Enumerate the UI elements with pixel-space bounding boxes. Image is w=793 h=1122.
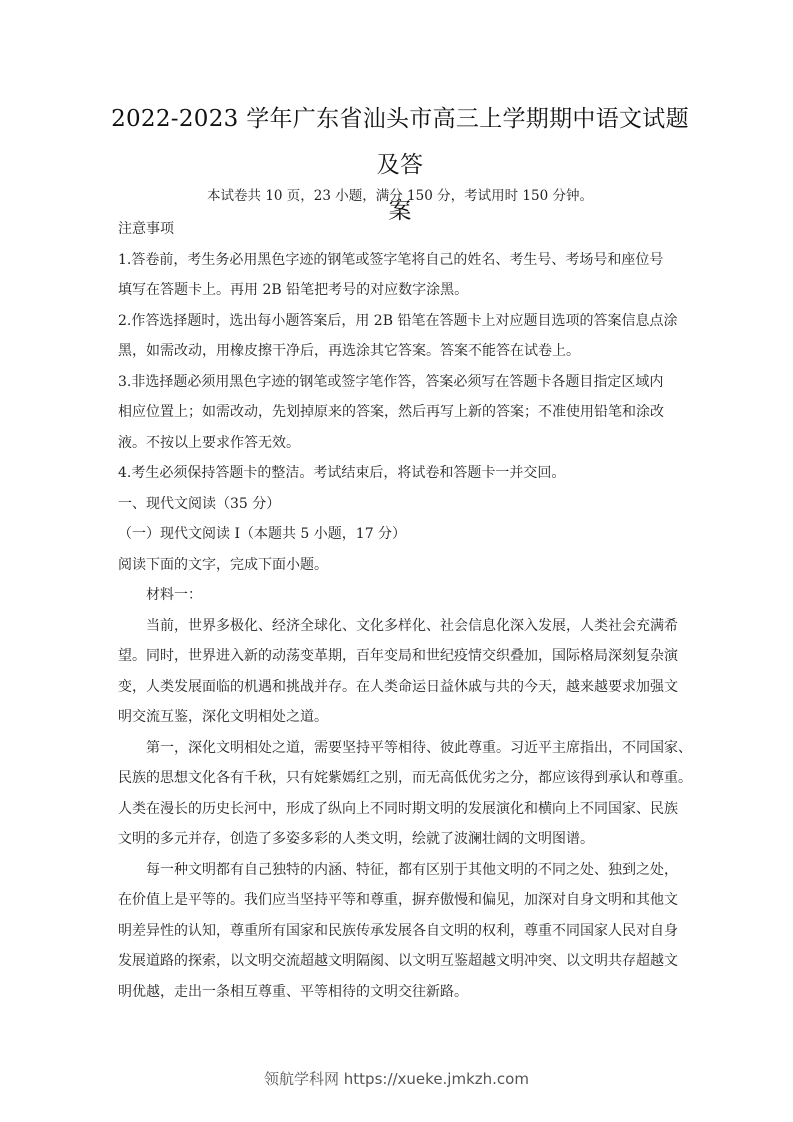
paragraph-line: 民族的思想文化各有千秋，只有姹紫嫣红之别，而无高低优劣之分，都应该得到承认和尊重…: [118, 763, 678, 794]
paragraph-line: 明差异性的认知，尊重所有国家和民族传承发展各自文明的权利，尊重不同国家人民对自身: [118, 916, 678, 947]
paragraph-line: 明交流互鉴，深化文明相处之道。: [118, 702, 678, 733]
document-page: 2022-2023 学年广东省汕头市高三上学期期中语文试题及答 案 本试卷共 1…: [0, 0, 793, 1122]
exam-info: 本试卷共 10 页，23 小题，满分 150 分，考试用时 150 分钟。: [100, 184, 700, 204]
notice-item-2: 2.作答选择题时，选出每小题答案后，用 2B 铅笔在答题卡上对应题目选项的答案信…: [118, 306, 678, 367]
paragraph-line: 文明的多元并存，创造了多姿多彩的人类文明，绘就了波澜壮阔的文明图谱。: [118, 824, 678, 855]
paragraph-2: 第一，深化文明相处之道，需要坚持平等相待、彼此尊重。习近平主席指出，不同国家、 …: [118, 733, 678, 855]
notice-item-3: 3.非选择题必须用黑色字迹的钢笔或签字笔作答，答案必须写在答题卡各题目指定区域内…: [118, 367, 678, 459]
paragraph-line: 人类在漫长的历史长河中，形成了纵向上不同时期文明的发展演化和横向上不同国家、民族: [118, 794, 678, 825]
notice-item-1: 1.答卷前，考生务必用黑色字迹的钢笔或签字笔将自己的姓名、考生号、考场号和座位号…: [118, 245, 678, 306]
notice-line: 2.作答选择题时，选出每小题答案后，用 2B 铅笔在答题卡上对应题目选项的答案信…: [118, 306, 678, 337]
notice-line: 3.非选择题必须用黑色字迹的钢笔或签字笔作答，答案必须写在答题卡各题目指定区域内: [118, 367, 678, 398]
reading-instruction: 阅读下面的文字，完成下面小题。: [118, 550, 678, 581]
notice-item-4: 4.考生必须保持答题卡的整洁。考试结束后，将试卷和答题卡一并交回。: [118, 458, 678, 489]
section-heading: 一、现代文阅读（35 分）: [118, 489, 678, 520]
title-line-1: 2022-2023 学年广东省汕头市高三上学期期中语文试题及答: [100, 96, 700, 188]
paragraph-line: 当前，世界多极化、经济全球化、文化多样化、社会信息化深入发展，人类社会充满希: [118, 611, 678, 642]
material-label: 材料一：: [118, 580, 678, 611]
paragraph-3: 每一种文明都有自己独特的内涵、特征，都有区别于其他文明的不同之处、独到之处， 在…: [118, 855, 678, 1008]
notice-line: 4.考生必须保持答题卡的整洁。考试结束后，将试卷和答题卡一并交回。: [118, 458, 678, 489]
paragraph-line: 明优越，走出一条相互尊重、平等相待的文明交往新路。: [118, 977, 678, 1008]
notice-line: 液。不按以上要求作答无效。: [118, 428, 678, 459]
paragraph-line: 第一，深化文明相处之道，需要坚持平等相待、彼此尊重。习近平主席指出，不同国家、: [118, 733, 678, 764]
notice-heading: 注意事项: [118, 214, 678, 245]
paragraph-line: 每一种文明都有自己独特的内涵、特征，都有区别于其他文明的不同之处、独到之处，: [118, 855, 678, 886]
notice-line: 黑，如需改动，用橡皮擦干净后，再选涂其它答案。答案不能答在试卷上。: [118, 336, 678, 367]
paragraph-line: 望。同时，世界进入新的动荡变革期，百年变局和世纪疫情交织叠加，国际格局深刻复杂演: [118, 641, 678, 672]
paragraph-line: 发展道路的探索，以文明交流超越文明隔阂、以文明互鉴超越文明冲突、以文明共存超越文: [118, 946, 678, 977]
paragraph-line: 在价值上是平等的。我们应当坚持平等和尊重，摒弃傲慢和偏见，加深对自身文明和其他文: [118, 885, 678, 916]
document-body: 注意事项 1.答卷前，考生务必用黑色字迹的钢笔或签字笔将自己的姓名、考生号、考场…: [118, 214, 678, 1007]
notice-line: 1.答卷前，考生务必用黑色字迹的钢笔或签字笔将自己的姓名、考生号、考场号和座位号: [118, 245, 678, 276]
subsection-heading: （一）现代文阅读 I（本题共 5 小题，17 分）: [118, 519, 678, 550]
notice-line: 填写在答题卡上。再用 2B 铅笔把考号的对应数字涂黑。: [118, 275, 678, 306]
paragraph-line: 变，人类发展面临的机遇和挑战并存。在人类命运日益休戚与共的今天，越来越要求加强文: [118, 672, 678, 703]
footer-watermark: 领航学科网 https://xueke.jmkzh.com: [0, 1068, 793, 1089]
paragraph-1: 当前，世界多极化、经济全球化、文化多样化、社会信息化深入发展，人类社会充满希 望…: [118, 611, 678, 733]
notice-line: 相应位置上；如需改动，先划掉原来的答案，然后再写上新的答案；不准使用铅笔和涂改: [118, 397, 678, 428]
